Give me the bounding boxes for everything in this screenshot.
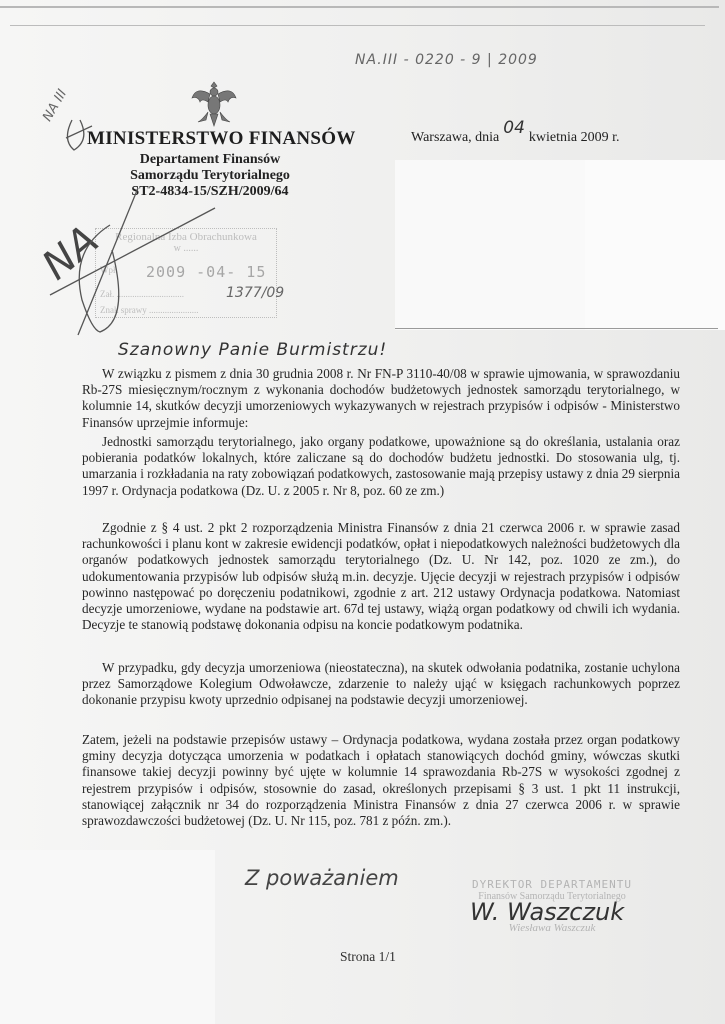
page-number: Strona 1/1	[340, 949, 396, 965]
date-day-handwritten: 04	[503, 118, 525, 138]
ministry-name: MINISTERSTWO FINANSÓW	[87, 128, 356, 150]
signature-stamp-title: DYREKTOR DEPARTAMENTU	[452, 878, 652, 891]
scan-edge-line-2	[10, 25, 705, 26]
department-line-2: Samorządu Terytorialnego	[10, 168, 410, 184]
handwritten-reference: NA.III - 0220 - 9 | 2009	[355, 52, 538, 68]
paragraph-1: W związku z pismem z dnia 30 grudnia 200…	[82, 366, 680, 431]
paragraph-2: Jednostki samorządu terytorialnego, jako…	[82, 434, 680, 499]
address-area-right	[585, 160, 725, 330]
scan-edge-line	[0, 6, 719, 8]
address-area	[395, 160, 590, 330]
date-suffix: kwietnia 2009 r.	[529, 130, 620, 145]
paragraph-3: Zgodnie z § 4 ust. 2 pkt 2 rozporządzeni…	[82, 520, 680, 633]
stamp-attachment-label: Zał. ..............................	[100, 289, 184, 299]
handwritten-signature: W. Waszczuk	[470, 898, 624, 926]
closing-handwritten: Z poważaniem	[245, 866, 399, 890]
stamp-received-label: Wpł.	[100, 265, 118, 275]
stamp-title: Regionalna Izba Obrachunkowa	[96, 231, 276, 243]
stamp-subtitle: w ......	[96, 243, 276, 254]
scan-margin-area	[0, 850, 215, 1024]
salutation-handwritten: Szanowny Panie Burmistrzu!	[118, 340, 387, 360]
reference-number: ST2-4834-15/SZH/2009/64	[10, 184, 410, 200]
receipt-stamp: Regionalna Izba Obrachunkowa w ...... Wp…	[95, 228, 277, 318]
date-prefix: Warszawa, dnia	[411, 130, 499, 145]
stamp-date: 2009 -04- 15	[146, 263, 266, 281]
polish-eagle-emblem-icon	[190, 76, 238, 128]
address-area-border	[395, 328, 718, 329]
paragraph-5: Zatem, jeżeli na podstawie przepisów ust…	[82, 732, 680, 829]
stamp-handwritten-number: 1377/09	[226, 285, 284, 301]
stamp-case-label: Znak sprawy ......................	[100, 305, 199, 315]
letter-date: Warszawa, dnia04kwietnia 2009 r.	[411, 126, 620, 146]
paragraph-4: W przypadku, gdy decyzja umorzeniowa (ni…	[82, 660, 680, 709]
department-line-1: Departament Finansów	[10, 152, 410, 168]
